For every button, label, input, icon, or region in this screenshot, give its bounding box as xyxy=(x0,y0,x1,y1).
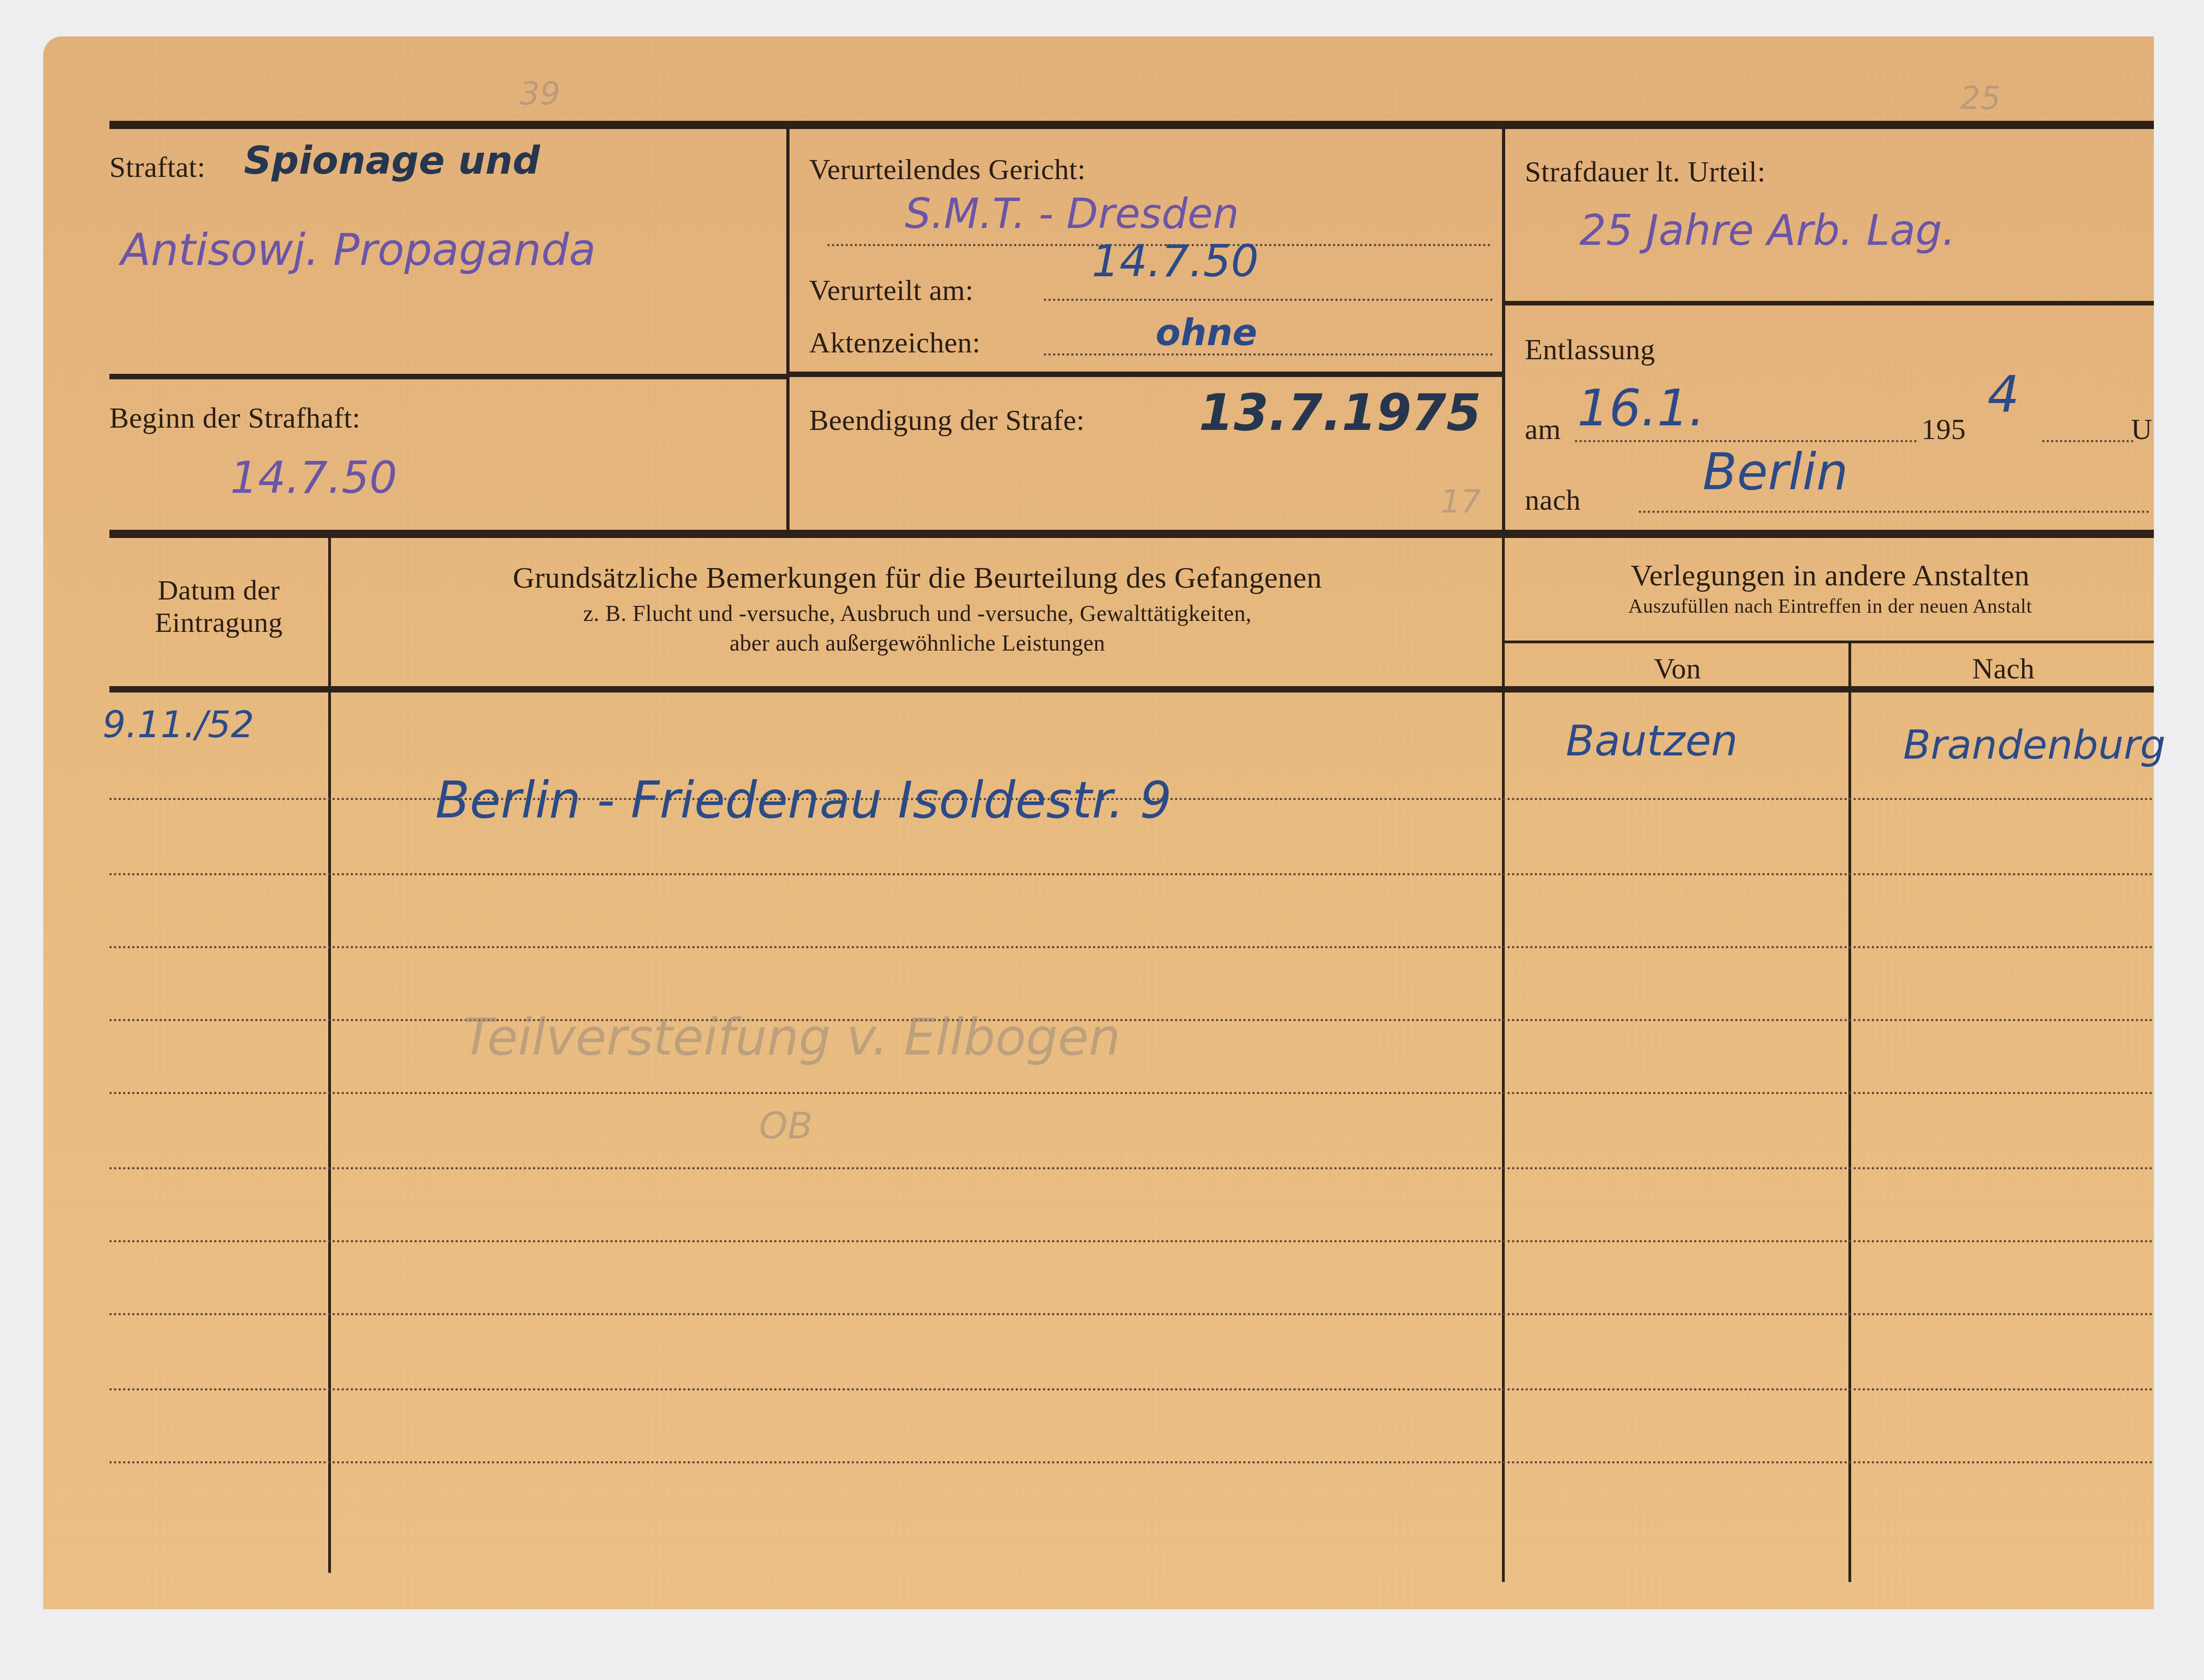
table-line-7 xyxy=(109,1240,2154,1242)
entlassung-trailing: U xyxy=(2131,415,2152,444)
margin-note-left: 39 xyxy=(520,78,560,109)
table-top-rule xyxy=(109,530,2154,538)
entry-datum: 9.11./52 xyxy=(103,707,254,743)
beendigung-pencil-note: 17 xyxy=(1440,486,1481,517)
strafdauer-value: 25 Jahre Arb. Lag. xyxy=(1579,210,1956,252)
beginn-label: Beginn der Strafhaft: xyxy=(109,403,361,433)
header-bemerkungen-sub2: aber auch außergewöhnliche Leistungen xyxy=(335,631,1500,654)
entlassung-year-prefix: 195 xyxy=(1921,415,1966,444)
pencil-note-1: Teilversteifung v. Ellbogen xyxy=(463,1012,1120,1062)
entry-bemerkung: Berlin - Friedenau Isoldestr. 9 xyxy=(435,775,1172,825)
header-bemerkungen-title: Grundsätzliche Bemerkungen für die Beurt… xyxy=(335,563,1500,593)
entlassung-am-value: 16.1. xyxy=(1577,383,1705,433)
row-sep-mid xyxy=(786,372,1504,377)
row-sep-right xyxy=(1502,301,2154,305)
straftat-value-line1: Spionage und xyxy=(244,141,540,180)
header-datum-line2: Eintragung xyxy=(109,607,328,639)
table-line-5 xyxy=(109,1092,2154,1094)
entlassung-am-label: am xyxy=(1525,415,1561,444)
straftat-label: Straftat: xyxy=(109,153,206,182)
record-card: 39 25 Straftat: Spionage und Antisowj. P… xyxy=(43,36,2154,1609)
header-verlegungen-sub: Auszufüllen nach Eintreffen in der neuen… xyxy=(1507,596,2154,616)
pencil-note-2: OB xyxy=(759,1108,813,1144)
entlassung-year-dotted xyxy=(2042,440,2133,442)
table-line-9 xyxy=(109,1388,2154,1391)
header-verlegungen-sep xyxy=(1504,641,2154,643)
beendigung-value: 13.7.1975 xyxy=(1199,388,1481,438)
entlassung-nach-value: Berlin xyxy=(1703,447,1848,497)
strafdauer-label: Strafdauer lt. Urteil: xyxy=(1525,157,1765,186)
entry-nach: Brandenburg xyxy=(1903,725,2166,765)
header-von: Von xyxy=(1507,654,1848,683)
header-datum: Datum der Eintragung xyxy=(109,574,328,640)
header-bemerkungen-sub1: z. B. Flucht und -versuche, Ausbruch und… xyxy=(335,602,1500,625)
table-line-4 xyxy=(109,1019,2154,1021)
table-line-6 xyxy=(109,1167,2154,1169)
table-divider-datum xyxy=(328,538,331,1573)
entry-von: Bautzen xyxy=(1566,720,1738,762)
table-line-10 xyxy=(109,1461,2154,1463)
table-line-3 xyxy=(109,946,2154,948)
header-nach: Nach xyxy=(1853,654,2154,683)
table-divider-von-nach xyxy=(1848,643,1851,1582)
entlassung-nach-dotted xyxy=(1639,511,2149,513)
beginn-value: 14.7.50 xyxy=(230,456,397,500)
table-line-8 xyxy=(109,1313,2154,1315)
beendigung-label: Beendigung der Strafe: xyxy=(809,406,1085,435)
table-line-2 xyxy=(109,873,2154,875)
aktenzeichen-label: Aktenzeichen: xyxy=(809,328,981,357)
entlassung-am-dotted xyxy=(1575,440,1917,442)
entlassung-nach-label: nach xyxy=(1525,486,1581,515)
verurteilt-value: 14.7.50 xyxy=(1092,239,1259,283)
entlassung-year-suffix: 4 xyxy=(1987,369,2019,419)
verurteilt-dotted xyxy=(1044,299,1493,301)
table-header-rule xyxy=(109,686,2154,693)
margin-note-right: 25 xyxy=(1960,82,2001,114)
entlassung-label: Entlassung xyxy=(1525,335,1655,364)
aktenzeichen-dotted xyxy=(1044,353,1493,356)
top-rule xyxy=(109,121,2154,129)
aktenzeichen-value: ohne xyxy=(1156,315,1257,351)
divider-v1 xyxy=(786,128,790,531)
divider-v2 xyxy=(1502,128,1505,531)
header-datum-line1: Datum der xyxy=(109,574,328,607)
gericht-label: Verurteilendes Gericht: xyxy=(809,155,1086,184)
header-verlegungen-title: Verlegungen in andere Anstalten xyxy=(1507,561,2154,591)
row-sep-left xyxy=(109,374,789,379)
verurteilt-label: Verurteilt am: xyxy=(809,276,974,305)
table-divider-bemerkungen xyxy=(1502,538,1505,1582)
gericht-value: S.M.T. - Dresden xyxy=(905,194,1239,235)
straftat-value-line2: Antisowj. Propaganda xyxy=(121,228,596,272)
